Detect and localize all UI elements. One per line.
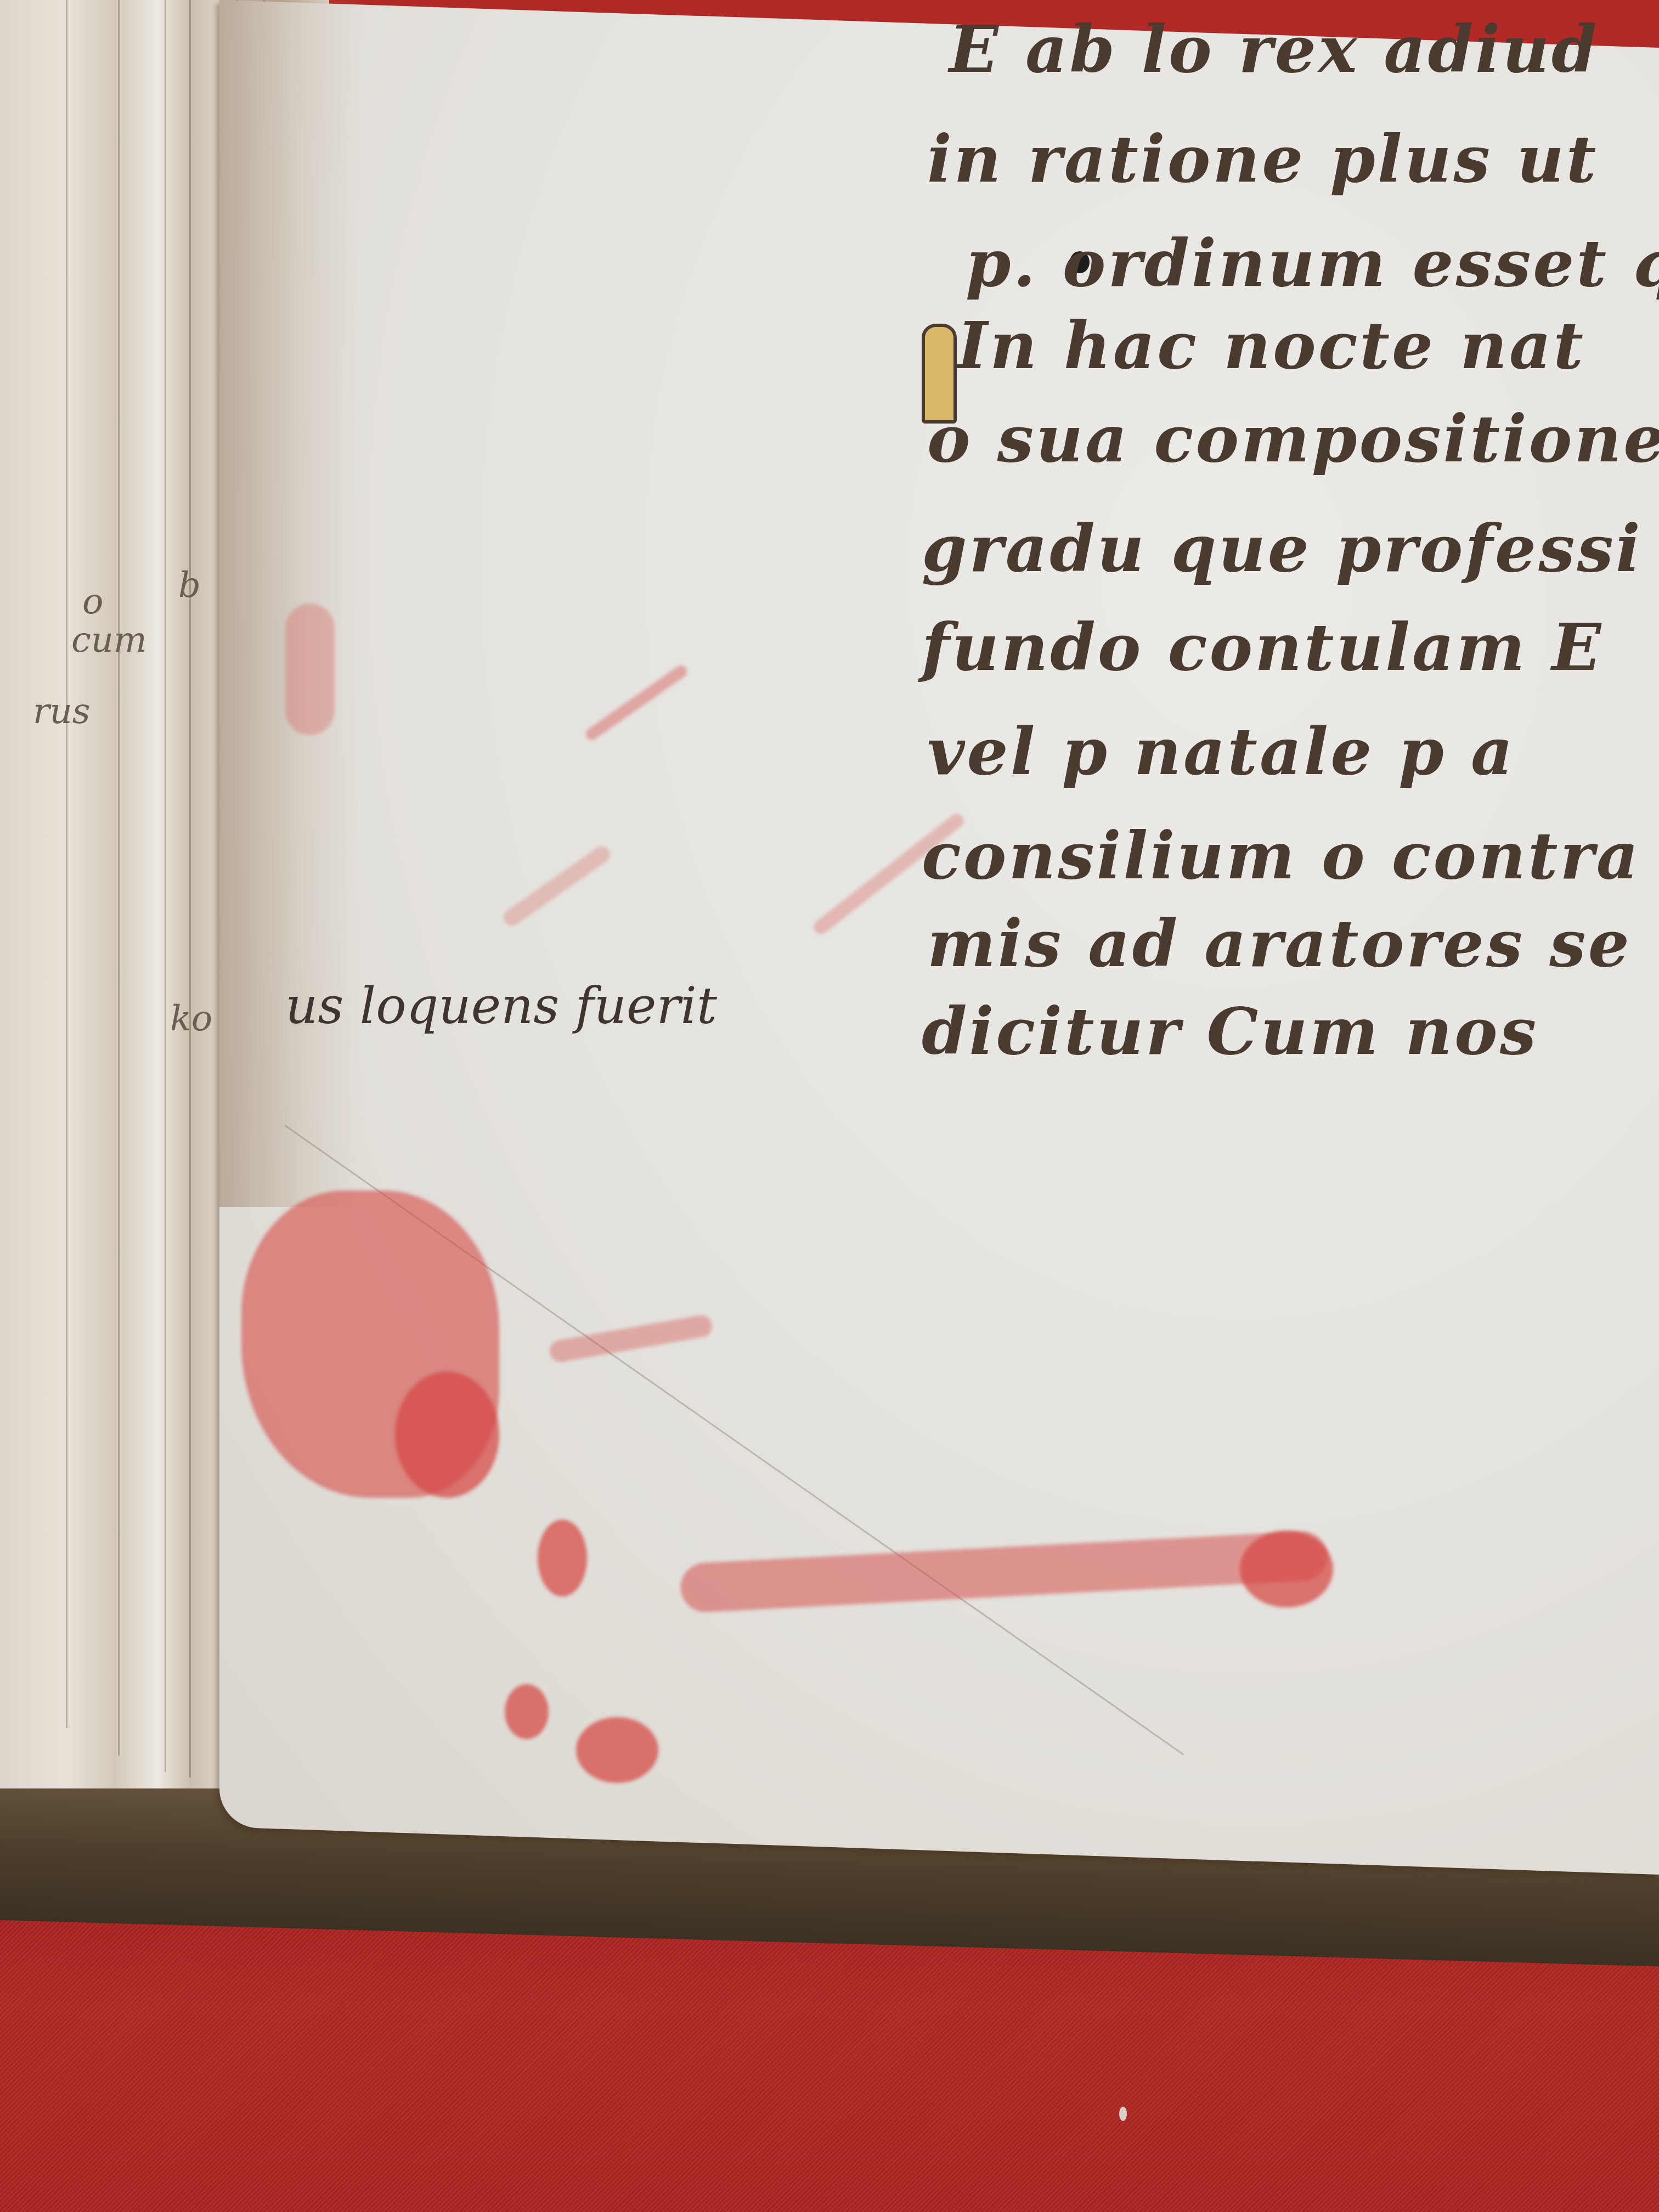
text-line-1: E ab lo rex adiud	[949, 11, 1599, 87]
red-stain-drip	[395, 1372, 499, 1498]
page-edge-line	[165, 0, 166, 1772]
text-line-11: dicitur Cum nos	[922, 993, 1538, 1069]
margin-fragment: cum	[71, 620, 147, 661]
red-stain-edge	[285, 603, 335, 735]
margin-fragment: ko	[170, 998, 212, 1039]
red-stain-drop	[576, 1717, 658, 1783]
text-line-8: vel p natale p a	[927, 713, 1515, 789]
marginal-gloss: us loquens fuerit	[285, 977, 717, 1035]
margin-fragment: rus	[33, 691, 91, 732]
text-line-4: In hac nocte nat	[957, 307, 1585, 383]
text-line-10: mis ad aratores se	[927, 905, 1632, 981]
cloth-speck	[1119, 2107, 1127, 2121]
page-edge-line	[189, 0, 191, 1778]
text-line-6: gradu que professi	[922, 510, 1643, 586]
text-line-9: consilium o contra	[922, 817, 1640, 894]
page-edge-line	[66, 0, 67, 1728]
text-line-5: o sua compositione t	[927, 400, 1659, 477]
red-stain-streak-end	[1240, 1531, 1333, 1607]
text-line-2: in ratione plus ut	[927, 121, 1598, 197]
text-line-3: p. ordinum esset q	[966, 225, 1659, 301]
red-stain-drop	[538, 1520, 587, 1596]
page-edge-line	[118, 0, 120, 1756]
red-stain-drop	[505, 1684, 549, 1739]
text-line-7: fundo contulam E	[922, 609, 1603, 685]
margin-fragment: o	[82, 582, 104, 622]
margin-fragment: b	[178, 565, 201, 606]
